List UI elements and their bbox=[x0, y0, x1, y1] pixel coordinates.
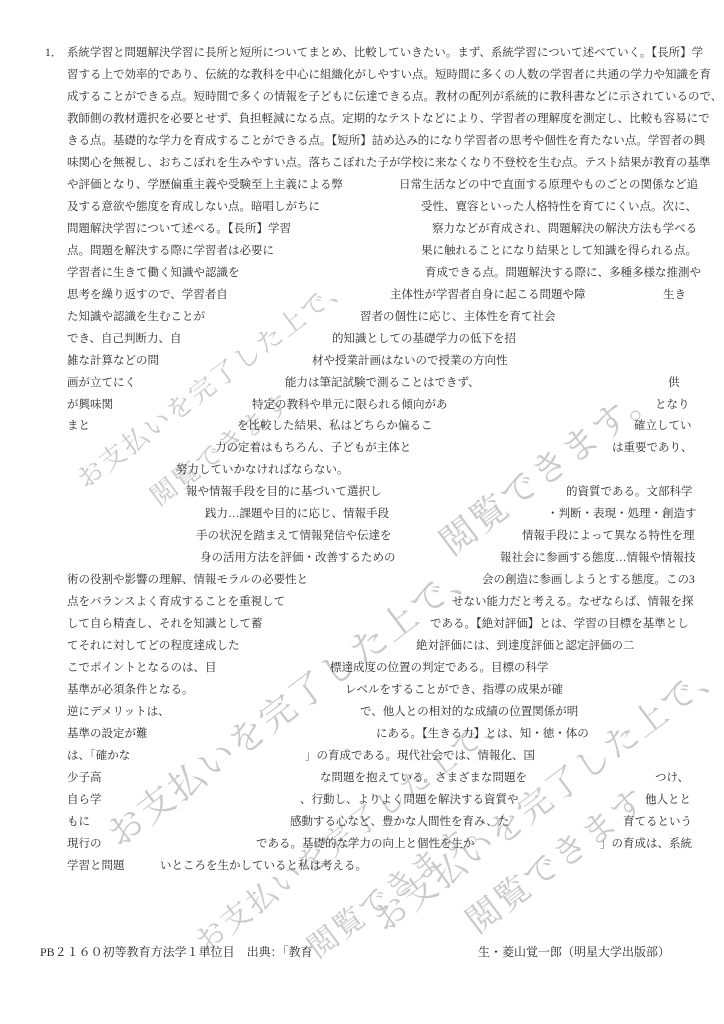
text-line: 手の状況を踏まえて情報発信や伝達を情報手段によって異なる特性を理 bbox=[0, 525, 724, 547]
text-segment: 教師側の教材選択を必要とせず、負担軽減になる点。定期的なテストなどにより、学習者… bbox=[67, 108, 710, 130]
text-line: が興味関特定の教科や単元に限られる傾向があとなり bbox=[0, 394, 724, 416]
text-segment: 育成できる点。問題解決する際に、多種多様な推測や bbox=[425, 262, 701, 284]
text-line: もに感動する心など、豊かな人間性を育み、た育てるという bbox=[0, 811, 724, 833]
text-segment: 的知識としての基礎学力の低下を招 bbox=[332, 328, 516, 350]
footer-publisher-info: 生・菱山覚一郎（明星大学出版部） bbox=[478, 941, 670, 963]
text-line: 現行のである。基礎的な学力の向上と個性を生か」の育成は、系統 bbox=[0, 833, 724, 855]
text-line: 及する意欲や態度を育成しない点。暗唱しがちに受性、寛容といった人格特性を育てにく… bbox=[0, 196, 724, 218]
text-line: た知識や認識を生むことが習者の個性に応じ、主体性を育て社会 bbox=[0, 306, 724, 328]
text-segment: である。【絶対評価】とは、学習の目標を基準とし bbox=[430, 613, 689, 635]
page-footer: PB２１６０初等教育方法学１単位目 出典：「教育生・菱山覚一郎（明星大学出版部） bbox=[0, 941, 724, 963]
text-segment: にある。【生きる力】とは、知・徳・体の bbox=[376, 723, 589, 745]
text-segment: 絶対評価には、到達度評価と認定評価の二 bbox=[416, 635, 635, 657]
text-segment: 育てるという bbox=[623, 811, 692, 833]
text-segment: まと bbox=[67, 415, 90, 437]
text-segment: 画が立てにく bbox=[67, 372, 136, 394]
text-segment: 点。問題を解決する際に学習者は必要に bbox=[67, 240, 274, 262]
text-line: 習する上で効率的であり、伝統的な教科を中心に組織化がしやすい点。短時間に多くの人… bbox=[0, 64, 724, 86]
text-segment: 身の活用方法を評価・改善するための bbox=[200, 547, 396, 569]
text-segment: でき、自己判断力、自 bbox=[67, 328, 182, 350]
text-segment: 学習者に生きて働く知識や認識を bbox=[67, 262, 240, 284]
text-segment: 力の定着はもちろん、子どもが主体と bbox=[215, 437, 411, 459]
text-segment: 日常生活などの中で直面する原理やものごとの関係など追 bbox=[399, 174, 698, 196]
text-line: 教師側の教材選択を必要とせず、負担軽減になる点。定期的なテストなどにより、学習者… bbox=[0, 108, 724, 130]
text-line: 雑な計算などの問材や授業計画はないので授業の方向性 bbox=[0, 350, 724, 372]
text-segment: な問題を抱えている。さまざまな問題を bbox=[320, 767, 527, 789]
text-segment: 自ら学 bbox=[67, 789, 102, 811]
text-segment: つけ、 bbox=[655, 767, 689, 789]
text-line: 逆にデメリットは、で、他人との相対的な成績の位置関係が明 bbox=[0, 701, 724, 723]
text-segment: して自ら精査し、それを知識として蓄 bbox=[67, 613, 263, 635]
text-line: 自ら学、行動し、よりよく問題を解決する資質や他人とと bbox=[0, 789, 724, 811]
text-segment: 標達成度の位置の判定である。目標の科学 bbox=[330, 657, 549, 679]
text-line: 基準の設定が難にある。【生きる力】とは、知・徳・体の bbox=[0, 723, 724, 745]
text-line: きる点。基礎的な学力を育成することができる点。【短所】詰め込み的になり学習者の思… bbox=[0, 130, 724, 152]
text-segment: 1． bbox=[45, 42, 62, 64]
text-segment: 践力…課題や目的に応じ、情報手段 bbox=[205, 503, 389, 525]
text-line: 少子高な問題を抱えている。さまざまな問題をつけ、 bbox=[0, 767, 724, 789]
text-line: して自ら精査し、それを知識として蓄である。【絶対評価】とは、学習の目標を基準とし bbox=[0, 613, 724, 635]
text-segment: は、「確かな bbox=[67, 745, 130, 767]
text-segment: 習者の個性に応じ、主体性を育て社会 bbox=[360, 306, 556, 328]
text-segment: 習する上で効率的であり、伝統的な教科を中心に組織化がしやすい点。短時間に多くの人… bbox=[67, 64, 711, 86]
text-line: 力の定着はもちろん、子どもが主体とは重要であり、 bbox=[0, 437, 724, 459]
text-segment: 現行の bbox=[67, 833, 102, 855]
text-segment: 手の状況を踏まえて情報発信や伝達を bbox=[196, 525, 392, 547]
text-segment: 材や授業計画はないので授業の方向性 bbox=[312, 350, 508, 372]
text-segment: 察力などが育成され、問題解決の解決方法も学べる bbox=[432, 218, 697, 240]
text-segment: レベルをすることができ、指導の成果が確 bbox=[345, 679, 563, 701]
text-line: は、「確かな」の育成である。現代社会では、情報化、国 bbox=[0, 745, 724, 767]
text-line: 践力…課題や目的に応じ、情報手段・判断・表現・処理・創造す bbox=[0, 503, 724, 525]
text-line: 基準が必須条件となる。レベルをすることができ、指導の成果が確 bbox=[0, 679, 724, 701]
text-line: てそれに対してどの程度達成した絶対評価には、到達度評価と認定評価の二 bbox=[0, 635, 724, 657]
text-segment: もに bbox=[67, 811, 90, 833]
text-segment: 他人とと bbox=[645, 789, 691, 811]
text-line: でき、自己判断力、自的知識としての基礎学力の低下を招 bbox=[0, 328, 724, 350]
text-segment: 系統学習と問題解決学習に長所と短所についてまとめ、比較していきたい。まず、系統学… bbox=[67, 42, 703, 64]
text-segment: で、他人との相対的な成績の位置関係が明 bbox=[360, 701, 578, 723]
text-segment: 基準の設定が難 bbox=[67, 723, 148, 745]
text-segment: ・判断・表現・処理・創造す bbox=[547, 503, 697, 525]
text-segment: 報や情報手段を目的に基づいて選択し bbox=[186, 481, 382, 503]
text-segment: 」の育成である。現代社会では、情報化、国 bbox=[305, 745, 535, 767]
text-segment: 味関心を無視し、おちこぼれを生みやすい点。落ちこぼれた子が学校に来なくなり不登校… bbox=[67, 152, 711, 174]
text-segment: 主体性が学習者自身に起こる問題や障 bbox=[390, 284, 586, 306]
text-line: 術の役割や影響の理解、情報モラルの必要性と会の創造に参画しようとする態度。この3 bbox=[0, 569, 724, 591]
text-segment: 生き bbox=[663, 284, 686, 306]
text-line: 成することができる点。短時間で多くの情報を子どもに伝達できる点。教材の配列が系統… bbox=[0, 86, 724, 108]
text-line: こでポイントとなるのは、目標達成度の位置の判定である。目標の科学 bbox=[0, 657, 724, 679]
text-segment: 逆にデメリットは、 bbox=[67, 701, 170, 723]
text-line: 思考を繰り返すので、学習者自主体性が学習者自身に起こる問題や障生き bbox=[0, 284, 724, 306]
text-segment: 問題解決学習について述べる。【長所】学習 bbox=[67, 218, 291, 240]
text-line: 点をバランスよく育成することを重視してせない能力だと考える。なぜならば、情報を探 bbox=[0, 591, 724, 613]
text-segment: 成することができる点。短時間で多くの情報を子どもに伝達できる点。教材の配列が系統… bbox=[67, 86, 722, 108]
text-segment: きる点。基礎的な学力を育成することができる点。【短所】詰め込み的になり学習者の思… bbox=[67, 130, 705, 152]
text-line: 努力していかなければならない。 bbox=[0, 459, 724, 481]
text-segment: 」の育成は、系統 bbox=[600, 833, 692, 855]
text-segment: た知識や認識を生むことが bbox=[67, 306, 205, 328]
text-line: まとを比較した結果、私はどちらか偏るこ確立してい bbox=[0, 415, 724, 437]
text-segment: 確立してい bbox=[634, 415, 692, 437]
text-segment: を比較した結果、私はどちらか偏るこ bbox=[237, 415, 433, 437]
text-segment: となり bbox=[655, 394, 690, 416]
text-segment: 及する意欲や態度を育成しない点。暗唱しがちに bbox=[67, 196, 320, 218]
text-segment: は重要であり、 bbox=[612, 437, 693, 459]
text-line: 学習者に生きて働く知識や認識を育成できる点。問題解決する際に、多種多様な推測や bbox=[0, 262, 724, 284]
text-segment: 感動する心など、豊かな人間性を育み、た bbox=[290, 811, 509, 833]
text-segment: 基準が必須条件となる。 bbox=[67, 679, 194, 701]
text-segment: が興味関 bbox=[67, 394, 113, 416]
text-segment: 術の役割や影響の理解、情報モラルの必要性と bbox=[67, 569, 308, 591]
text-segment: てそれに対してどの程度達成した bbox=[67, 635, 240, 657]
text-segment: 少子高 bbox=[67, 767, 102, 789]
text-segment: 的資質である。文部科学 bbox=[566, 481, 693, 503]
text-line: 1．系統学習と問題解決学習に長所と短所についてまとめ、比較していきたい。まず、系… bbox=[0, 42, 724, 64]
text-line: 画が立てにく能力は筆記試験で測ることはできず、供 bbox=[0, 372, 724, 394]
text-segment: や評価となり、学歴偏重主義や受験至上主義による弊 bbox=[67, 174, 343, 196]
text-segment: 思考を繰り返すので、学習者自 bbox=[67, 284, 228, 306]
text-line: や評価となり、学歴偏重主義や受験至上主義による弊日常生活などの中で直面する原理や… bbox=[0, 174, 724, 196]
text-segment: 受性、寛容といった人格特性を育てにくい点。次に、 bbox=[421, 196, 697, 218]
text-line: 問題解決学習について述べる。【長所】学習察力などが育成され、問題解決の解決方法も… bbox=[0, 218, 724, 240]
text-segment: 能力は筆記試験で測ることはできず、 bbox=[285, 372, 480, 394]
text-segment: 会の創造に参画しようとする態度。この3 bbox=[482, 569, 695, 591]
text-layer: 1．系統学習と問題解決学習に長所と短所についてまとめ、比較していきたい。まず、系… bbox=[0, 0, 724, 1024]
text-line: 身の活用方法を評価・改善するための報社会に参画する態度…情報や情報技 bbox=[0, 547, 724, 569]
text-segment: いところを生かしていると私は考える。 bbox=[160, 855, 367, 877]
text-segment: 努力していかなければならない。 bbox=[176, 459, 349, 481]
text-line: 学習と問題いところを生かしていると私は考える。 bbox=[0, 855, 724, 877]
text-line: 報や情報手段を目的に基づいて選択し的資質である。文部科学 bbox=[0, 481, 724, 503]
footer-course-info: PB２１６０初等教育方法学１単位目 出典：「教育 bbox=[40, 941, 313, 963]
document-page: お支払いを完了した上で、閲覧できます。閲覧できます。お支払いを完了した上で、お支… bbox=[0, 0, 724, 1024]
text-segment: 学習と問題 bbox=[67, 855, 125, 877]
text-segment: 報社会に参画する態度…情報や情報技 bbox=[500, 547, 696, 569]
text-segment: 果に触れることになり結果として知識を得られる点。 bbox=[421, 240, 697, 262]
text-segment: こでポイントとなるのは、目 bbox=[67, 657, 217, 679]
text-line: 味関心を無視し、おちこぼれを生みやすい点。落ちこぼれた子が学校に来なくなり不登校… bbox=[0, 152, 724, 174]
text-segment: 情報手段によって異なる特性を理 bbox=[522, 525, 695, 547]
text-segment: 特定の教科や単元に限られる傾向があ bbox=[252, 394, 448, 416]
text-segment: 供 bbox=[668, 372, 680, 394]
text-segment: である。基礎的な学力の向上と個性を生か bbox=[256, 833, 475, 855]
text-segment: 点をバランスよく育成することを重視して bbox=[67, 591, 285, 613]
text-segment: 、行動し、よりよく問題を解決する資質や bbox=[300, 789, 519, 811]
text-line: 点。問題を解決する際に学習者は必要に果に触れることになり結果として知識を得られる… bbox=[0, 240, 724, 262]
text-segment: せない能力だと考える。なぜならば、情報を探 bbox=[452, 591, 694, 613]
text-segment: 雑な計算などの問 bbox=[67, 350, 159, 372]
